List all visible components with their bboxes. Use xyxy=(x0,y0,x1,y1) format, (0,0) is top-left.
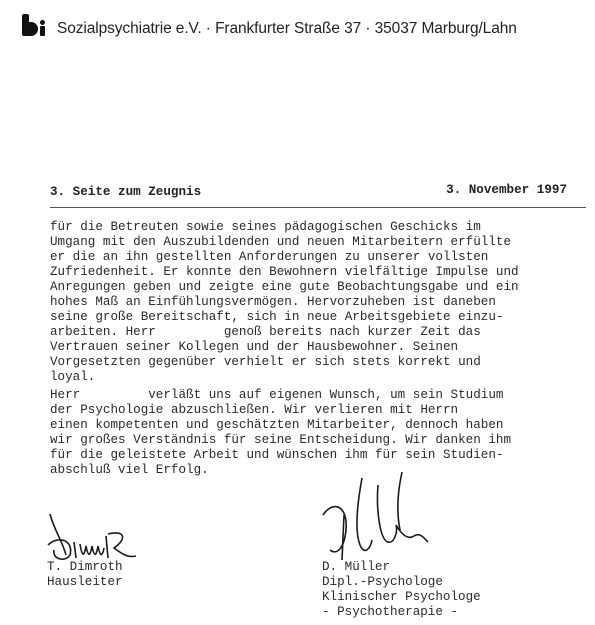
document-date: 3. November 1997 xyxy=(446,183,567,197)
organization-name: Sozialpsychiatrie e.V. xyxy=(57,20,202,37)
bi-logo-icon xyxy=(22,14,48,38)
document-subject: 3. Seite zum Zeugnis xyxy=(50,185,201,199)
signature-right-icon xyxy=(318,470,448,565)
letterhead: Sozialpsychiatrie e.V. · Frankfurter Str… xyxy=(22,14,517,38)
paragraph-2: Herr verläßt uns auf eigenen Wunsch, um … xyxy=(50,388,511,478)
organization-address: Sozialpsychiatrie e.V. · Frankfurter Str… xyxy=(57,20,517,38)
signatory-right-title: Dipl.-Psychologe Klinischer Psychologe -… xyxy=(322,575,481,620)
signatory-right-name: D. Müller xyxy=(322,560,481,575)
signatory-left-name: T. Dimroth xyxy=(47,560,123,575)
paragraph-1: für die Betreuten sowie seines pädagogis… xyxy=(50,220,519,385)
signatory-left: T. DimrothHausleiter xyxy=(47,560,123,590)
signatory-left-title: Hausleiter xyxy=(47,575,123,590)
header-divider xyxy=(50,207,586,208)
signatory-right: D. MüllerDipl.-Psychologe Klinischer Psy… xyxy=(322,560,481,620)
street-address: Frankfurter Straße 37 xyxy=(215,20,361,37)
city-address: 35037 Marburg/Lahn xyxy=(375,20,517,37)
